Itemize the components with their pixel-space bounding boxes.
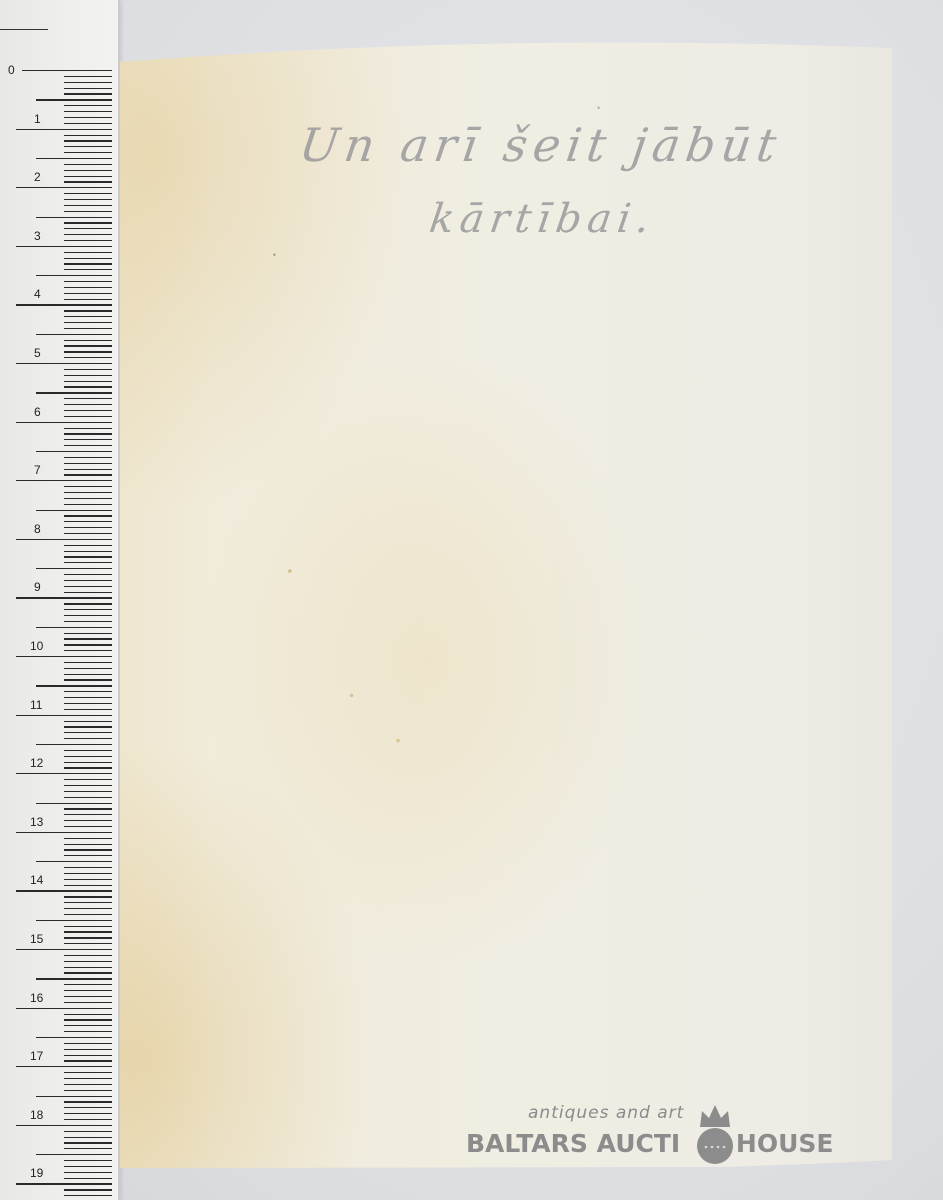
- ruler-tick: [64, 486, 112, 487]
- ruler-tick: [64, 498, 112, 499]
- ruler-tick: [16, 480, 112, 481]
- ruler-tick: [64, 961, 112, 962]
- ruler-tick: [64, 1002, 112, 1003]
- ruler-tick: [64, 1014, 112, 1015]
- ruler-tick: [64, 808, 112, 809]
- ruler-tick: [64, 873, 112, 874]
- ruler-tick: [64, 1043, 112, 1044]
- ruler-tick: [64, 263, 112, 264]
- ruler-tick: [64, 293, 112, 294]
- ruler-tick: [64, 76, 112, 77]
- ruler-tick: [64, 703, 112, 704]
- ruler-label-19: 19: [30, 1167, 43, 1179]
- ruler-tick: [64, 351, 112, 352]
- ruler-tick: [64, 164, 112, 165]
- ruler-label-17: 17: [30, 1050, 43, 1062]
- ruler-tick: [64, 88, 112, 89]
- ruler-tick: [64, 322, 112, 323]
- ruler-tick: [64, 234, 112, 235]
- ruler-tick: [64, 996, 112, 997]
- ruler-tick: [64, 445, 112, 446]
- ruler-tick: [16, 1125, 112, 1126]
- ruler-tick: [64, 398, 112, 399]
- ruler-tick: [64, 1025, 112, 1026]
- ruler-tick: [64, 1090, 112, 1091]
- ruler-tick: [64, 955, 112, 956]
- ruler-tick: [64, 820, 112, 821]
- ruler-tick: [36, 392, 112, 393]
- ruler-tick: [64, 943, 112, 944]
- ruler-tick: [64, 709, 112, 710]
- ruler-tick: [64, 369, 112, 370]
- ruler-tick: [64, 574, 112, 575]
- ruler-tick: [36, 275, 112, 276]
- ruler-tick: [64, 170, 112, 171]
- ruler-label-3: 3: [34, 230, 41, 242]
- ruler-tick: [64, 181, 112, 182]
- ruler-tick: [64, 885, 112, 886]
- watermark-name: BALTARS AUCTI N HOUSE: [466, 1129, 834, 1158]
- ruler-tick: [64, 674, 112, 675]
- ruler-tick: [36, 158, 112, 159]
- ruler-tick: [64, 533, 112, 534]
- ruler-tick: [64, 586, 112, 587]
- ruler-label-16: 16: [30, 992, 43, 1004]
- ruler-tick: [64, 1160, 112, 1161]
- ruler-tick: [64, 463, 112, 464]
- ruler-tick: [64, 146, 112, 147]
- ruler-tick: [64, 140, 112, 141]
- ruler-tick: [64, 721, 112, 722]
- ruler-tick: [36, 99, 112, 100]
- ruler-tick: [64, 785, 112, 786]
- ruler-tick: [16, 832, 112, 833]
- ruler-tick: [64, 492, 112, 493]
- ruler-tick: [64, 990, 112, 991]
- ruler-tick: [64, 931, 112, 932]
- ruler-label-4: 4: [34, 288, 41, 300]
- ruler-tick: [64, 345, 112, 346]
- ruler-tick: [64, 967, 112, 968]
- ruler-tick: [36, 217, 112, 218]
- ruler-tick: [16, 597, 112, 598]
- ruler-tick: [64, 1119, 112, 1120]
- ruler-tick: [64, 258, 112, 259]
- ruler-label-0: 0: [8, 64, 15, 76]
- ruler-tick: [64, 580, 112, 581]
- ruler-tick: [64, 474, 112, 475]
- ruler-label-5: 5: [34, 347, 41, 359]
- ruler-label-1: 1: [34, 113, 41, 125]
- ruler-tick: [16, 949, 112, 950]
- ruler-tick: [64, 105, 112, 106]
- ruler-tick: [64, 416, 112, 417]
- ruler-tick: [64, 404, 112, 405]
- ruler-tick: [64, 844, 112, 845]
- ruler-tick: [64, 984, 112, 985]
- ruler-tick: [64, 592, 112, 593]
- ruler-tick: [64, 193, 112, 194]
- ruler-tick: [64, 1055, 112, 1056]
- ruler-tick: [36, 568, 112, 569]
- pencil-inscription-line-1: Un arī šeit jābūt: [296, 118, 785, 172]
- watermark-o-badge-icon: [696, 1127, 734, 1165]
- ruler-tick: [64, 135, 112, 136]
- ruler-tick: [64, 937, 112, 938]
- ruler-label-2: 2: [34, 171, 41, 183]
- ruler-tick: [64, 914, 112, 915]
- ruler-tick: [64, 433, 112, 434]
- ruler-tick: [64, 633, 112, 634]
- ruler-tick: [64, 662, 112, 663]
- ruler-tick: [64, 1084, 112, 1085]
- ruler-tick: [36, 1037, 112, 1038]
- ruler-tick: [64, 908, 112, 909]
- ruler-tick: [64, 1178, 112, 1179]
- ruler-tick: [64, 199, 112, 200]
- watermark-tagline: antiques and art: [528, 1103, 684, 1123]
- ruler-label-6: 6: [34, 406, 41, 418]
- ruler-tick: [64, 726, 112, 727]
- ruler-tick: [64, 679, 112, 680]
- ruler-label-15: 15: [30, 933, 43, 945]
- ruler-tick: [64, 228, 112, 229]
- ruler-tick: [64, 814, 112, 815]
- ruler-tick: [16, 890, 112, 891]
- ruler-tick: [64, 1131, 112, 1132]
- ruler-tick: [16, 1008, 112, 1009]
- ruler-tick: [16, 656, 112, 657]
- ruler-tick: [36, 685, 112, 686]
- ruler-tick: [64, 123, 112, 124]
- ruler-tick: [16, 304, 112, 305]
- ruler-tick: [64, 697, 112, 698]
- ruler-tick: [64, 926, 112, 927]
- ruler-tick: [64, 386, 112, 387]
- ruler-tick: [64, 1049, 112, 1050]
- ruler-tick: [36, 510, 112, 511]
- ruler-tick: [16, 187, 112, 188]
- ruler-tick: [64, 457, 112, 458]
- ruler-tick: [64, 205, 112, 206]
- ruler-tick: [16, 363, 112, 364]
- ruler-tick: [64, 357, 112, 358]
- ruler-tick: [36, 861, 112, 862]
- ruler-tick: [64, 603, 112, 604]
- ruler-tick: [64, 252, 112, 253]
- ruler-tick: [64, 551, 112, 552]
- ruler-tick: [16, 1066, 112, 1067]
- ruler-tick: [64, 738, 112, 739]
- ruler-tick: [64, 439, 112, 440]
- ruler-tick: [64, 791, 112, 792]
- ruler-label-9: 9: [34, 581, 41, 593]
- ruler-tick: [64, 299, 112, 300]
- ruler-tick: [64, 310, 112, 311]
- ruler-tick: [64, 1060, 112, 1061]
- ruler-tick: [64, 1172, 112, 1173]
- ruler-tick: [64, 668, 112, 669]
- auction-house-watermark: antiques and art BALTARS AUCTI N HOUSE: [466, 1103, 866, 1163]
- ruler-tick: [64, 211, 112, 212]
- ruler-tick: [64, 762, 112, 763]
- ruler-tick: [64, 609, 112, 610]
- ruler-tick: [64, 779, 112, 780]
- ruler-tick: [64, 1189, 112, 1190]
- ruler-top-line: [0, 29, 48, 30]
- ruler-tick: [64, 410, 112, 411]
- ruler-tick: [16, 539, 112, 540]
- ruler-tick: [64, 316, 112, 317]
- ruler-tick: [64, 650, 112, 651]
- ruler-tick: [64, 340, 112, 341]
- ruler-tick: [64, 838, 112, 839]
- ruler-label-18: 18: [30, 1109, 43, 1121]
- ruler-tick: [64, 1107, 112, 1108]
- ruler-tick: [64, 767, 112, 768]
- ruler-tick: [16, 773, 112, 774]
- ruler-tick: [64, 562, 112, 563]
- ruler-tick: [64, 1142, 112, 1143]
- ruler-tick: [64, 545, 112, 546]
- ruler-tick: [64, 556, 112, 557]
- ruler-tick: [64, 1072, 112, 1073]
- ruler-tick: [64, 826, 112, 827]
- ruler-tick: [64, 1166, 112, 1167]
- pencil-inscription-line-2: kārtībai.: [427, 196, 659, 242]
- ruler-tick: [64, 1137, 112, 1138]
- ruler-tick: [36, 334, 112, 335]
- ruler-tick: [22, 70, 112, 71]
- ruler-tick: [36, 1096, 112, 1097]
- ruler-tick: [64, 867, 112, 868]
- ruler-tick: [64, 281, 112, 282]
- ruler-tick: [64, 521, 112, 522]
- ruler-tick: [64, 1078, 112, 1079]
- ruler-tick: [36, 1154, 112, 1155]
- ruler-tick: [64, 222, 112, 223]
- ruler-tick: [64, 375, 112, 376]
- ruler-tick: [64, 1195, 112, 1196]
- ruler-tick: [64, 82, 112, 83]
- ruler-tick: [64, 117, 112, 118]
- ruler-tick: [64, 972, 112, 973]
- ruler-label-12: 12: [30, 757, 43, 769]
- ruler-label-8: 8: [34, 523, 41, 535]
- ruler-label-7: 7: [34, 464, 41, 476]
- crown-icon: [698, 1105, 732, 1129]
- ruler-tick: [64, 328, 112, 329]
- ruler-tick: [16, 246, 112, 247]
- ruler-tick: [64, 691, 112, 692]
- ruler-label-11: 11: [30, 699, 42, 711]
- ruler-tick: [64, 750, 112, 751]
- ruler-tick: [64, 176, 112, 177]
- ruler-tick: [16, 422, 112, 423]
- ruler-tick: [64, 797, 112, 798]
- ruler-tick: [16, 1183, 112, 1184]
- ruler-tick: [64, 638, 112, 639]
- ruler-tick: [64, 855, 112, 856]
- ruler-tick: [64, 269, 112, 270]
- ruler-tick: [64, 287, 112, 288]
- ruler-tick: [64, 621, 112, 622]
- ruler-tick: [64, 111, 112, 112]
- ruler-tick: [64, 381, 112, 382]
- ruler-tick: [64, 1101, 112, 1102]
- ruler-label-10: 10: [30, 640, 43, 652]
- ruler-tick: [64, 756, 112, 757]
- ruler-tick: [64, 849, 112, 850]
- ruler-tick: [64, 152, 112, 153]
- ruler-tick: [64, 732, 112, 733]
- watermark-name-text: BALTARS AUCTI N HOUSE: [466, 1129, 834, 1158]
- ruler-tick: [16, 715, 112, 716]
- ruler-tick: [64, 1031, 112, 1032]
- ruler-tick: [64, 902, 112, 903]
- ruler-tick: [36, 451, 112, 452]
- ruler-tick: [64, 469, 112, 470]
- measuring-ruler: 012345678910111213141516171819: [0, 0, 120, 1200]
- ruler-tick: [36, 920, 112, 921]
- ruler-tick: [64, 879, 112, 880]
- ruler-tick: [64, 615, 112, 616]
- ruler-tick: [36, 803, 112, 804]
- ruler-tick: [16, 129, 112, 130]
- ruler-tick: [64, 1019, 112, 1020]
- ruler-tick: [64, 240, 112, 241]
- ruler-tick: [36, 978, 112, 979]
- ruler-tick: [36, 627, 112, 628]
- ruler-tick: [64, 515, 112, 516]
- ruler-label-13: 13: [30, 816, 43, 828]
- ruler-label-14: 14: [30, 874, 43, 886]
- ruler-tick: [64, 1113, 112, 1114]
- ruler-tick: [64, 644, 112, 645]
- ruler-tick: [36, 744, 112, 745]
- ruler-tick: [64, 428, 112, 429]
- ruler-tick: [64, 527, 112, 528]
- ruler-tick: [64, 1148, 112, 1149]
- ruler-tick: [64, 504, 112, 505]
- ruler-tick: [64, 93, 112, 94]
- ruler-tick: [64, 896, 112, 897]
